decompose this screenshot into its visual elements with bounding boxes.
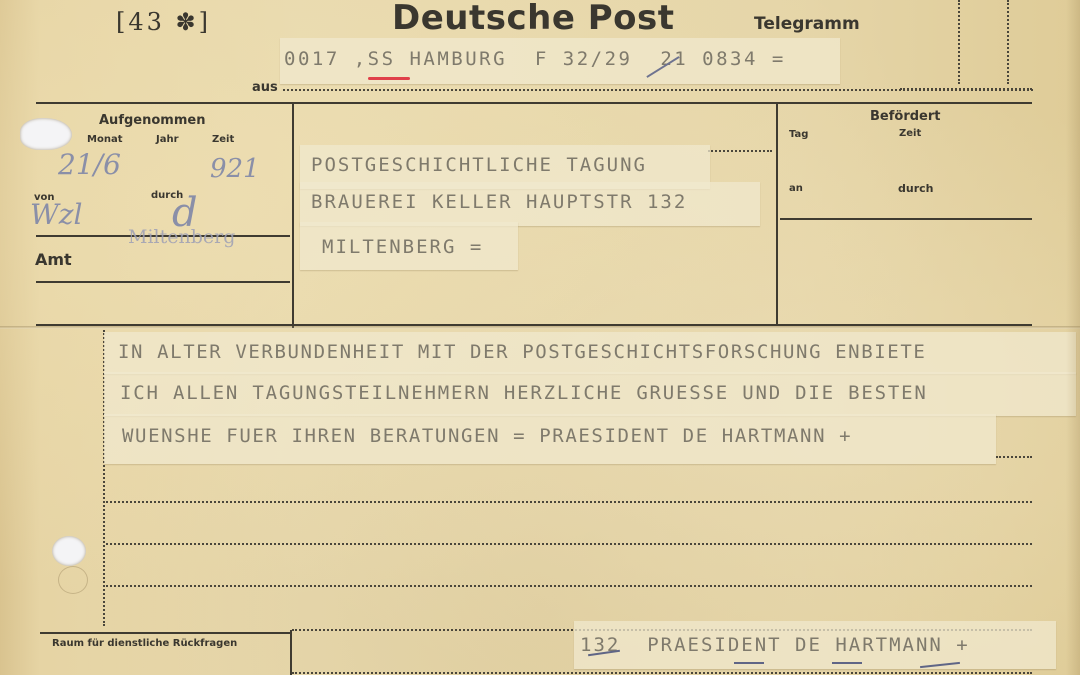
address-line-1: POSTGESCHICHTLICHE TAGUNG bbox=[311, 154, 647, 176]
form-number: [43 ✽] bbox=[116, 8, 211, 36]
control-line: 132 PRAESIDENT DE HARTMANN + bbox=[580, 634, 970, 656]
address-dotted-line bbox=[708, 150, 772, 152]
message-line-3: WUENSHE FUER IHREN BERATUNGEN = PRAESIDE… bbox=[122, 425, 852, 447]
origin-line: 0017 ,SS HAMBURG F 32/29 21 0834 = bbox=[284, 48, 786, 70]
pencil-underline-3 bbox=[832, 662, 862, 664]
befoerdert-durch-label: durch bbox=[898, 182, 933, 195]
paper-edge bbox=[1066, 0, 1080, 675]
punch-hole-bottom bbox=[52, 536, 86, 566]
page-title: Deutsche Post bbox=[392, 0, 675, 38]
befoerdert-zeit-label: Zeit bbox=[899, 128, 921, 139]
message-top-rule bbox=[36, 324, 1032, 326]
monat-label: Monat bbox=[87, 134, 122, 145]
address-line-3: MILTENBERG = bbox=[322, 236, 483, 258]
received-time: 921 bbox=[210, 154, 260, 184]
message-line-rule-2 bbox=[106, 501, 1032, 503]
header-rule bbox=[36, 102, 1032, 104]
aufgenommen-heading: Aufgenommen bbox=[99, 113, 205, 128]
right-block-divider bbox=[776, 102, 778, 324]
red-underline bbox=[368, 77, 410, 80]
message-line-rule-1 bbox=[996, 456, 1032, 458]
message-line-1: IN ALTER VERBUNDENHEIT MIT DER POSTGESCH… bbox=[118, 341, 926, 363]
befoerdert-rule bbox=[780, 218, 1032, 220]
tag-label: Tag bbox=[789, 129, 808, 140]
form-subtitle: Telegramm bbox=[754, 14, 860, 34]
footer-rule-left bbox=[40, 632, 290, 634]
telegram-form: [43 ✽] Deutsche Post Telegramm 0017 ,SS … bbox=[0, 0, 1080, 675]
left-block-divider bbox=[292, 102, 294, 328]
message-line-rule-3 bbox=[106, 543, 1032, 545]
header-divider-1 bbox=[958, 0, 960, 84]
address-line-2: BRAUEREI KELLER HAUPTSTR 132 bbox=[311, 191, 687, 213]
rueckfragen-label: Raum für dienstliche Rückfragen bbox=[52, 638, 237, 649]
footer-dotted-bottom bbox=[292, 672, 1032, 674]
von-value: Wzl bbox=[30, 198, 83, 231]
footer-divider bbox=[290, 630, 292, 675]
punch-hole-ring bbox=[58, 566, 88, 594]
amt-rule bbox=[36, 281, 290, 283]
jahr-label: Jahr bbox=[156, 134, 179, 145]
amt-label: Amt bbox=[35, 250, 72, 269]
message-line-2: ICH ALLEN TAGUNGSTEILNEHMERN HERZLICHE G… bbox=[120, 382, 928, 404]
aus-dotted-line bbox=[283, 89, 1033, 91]
aus-label: aus bbox=[252, 80, 278, 95]
punch-hole-top bbox=[20, 118, 72, 150]
pencil-underline-2 bbox=[734, 662, 764, 664]
amt-stamp: Miltenberg bbox=[128, 226, 235, 248]
received-date: 21/6 bbox=[58, 148, 121, 181]
message-line-rule-4 bbox=[106, 585, 1032, 587]
paper-fold bbox=[0, 326, 1080, 329]
zeit-label: Zeit bbox=[212, 134, 234, 145]
befoerdert-heading: Befördert bbox=[870, 109, 940, 124]
an-label: an bbox=[789, 183, 803, 194]
header-divider-2 bbox=[1007, 0, 1009, 84]
